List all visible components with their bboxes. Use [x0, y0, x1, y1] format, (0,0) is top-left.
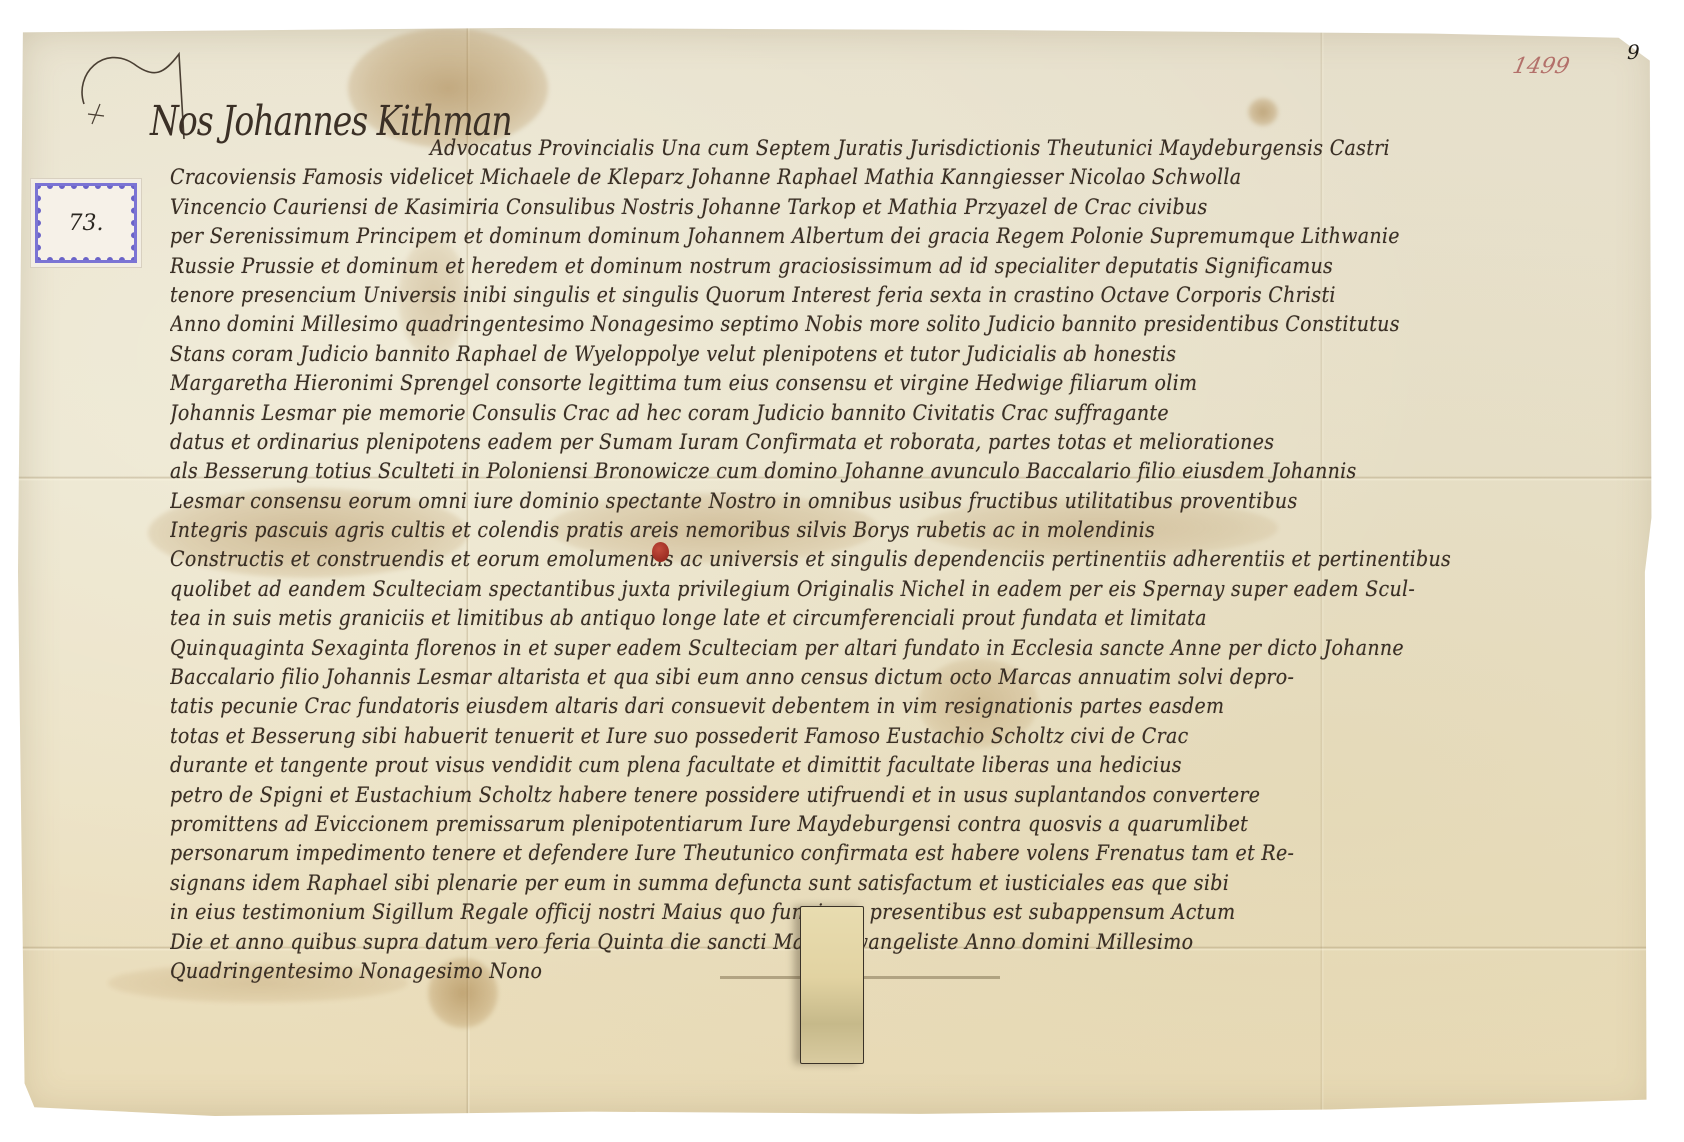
red-wax-mark — [652, 542, 669, 562]
text-line: in eius testimonium Sigillum Regale offi… — [170, 896, 1580, 930]
text-line: tea in suis metis graniciis et limitibus… — [170, 602, 1580, 636]
catalogue-number: 73. — [69, 211, 104, 236]
folio-number: 9 — [1627, 40, 1640, 64]
document-viewer: 73. 1499 9 Nos Johannes Kithman Advocatu… — [0, 0, 1684, 1142]
seal-tag — [800, 906, 864, 1064]
text-line: Quadringentesimo Nonagesimo Nono — [170, 955, 1580, 989]
archive-year-annotation: 1499 — [1510, 54, 1571, 79]
catalogue-label: 73. — [30, 178, 142, 268]
text-line: durante et tangente prout visus vendidit… — [170, 749, 1580, 783]
catalogue-label-border: 73. — [35, 183, 137, 263]
charter-text: Advocatus Provincialis Una cum Septem Ju… — [170, 134, 1580, 986]
water-stain — [1248, 98, 1278, 126]
text-line: Margaretha Hieronimi Sprengel consorte l… — [170, 367, 1580, 401]
text-line: per Serenissimum Principem et dominum do… — [170, 220, 1580, 254]
